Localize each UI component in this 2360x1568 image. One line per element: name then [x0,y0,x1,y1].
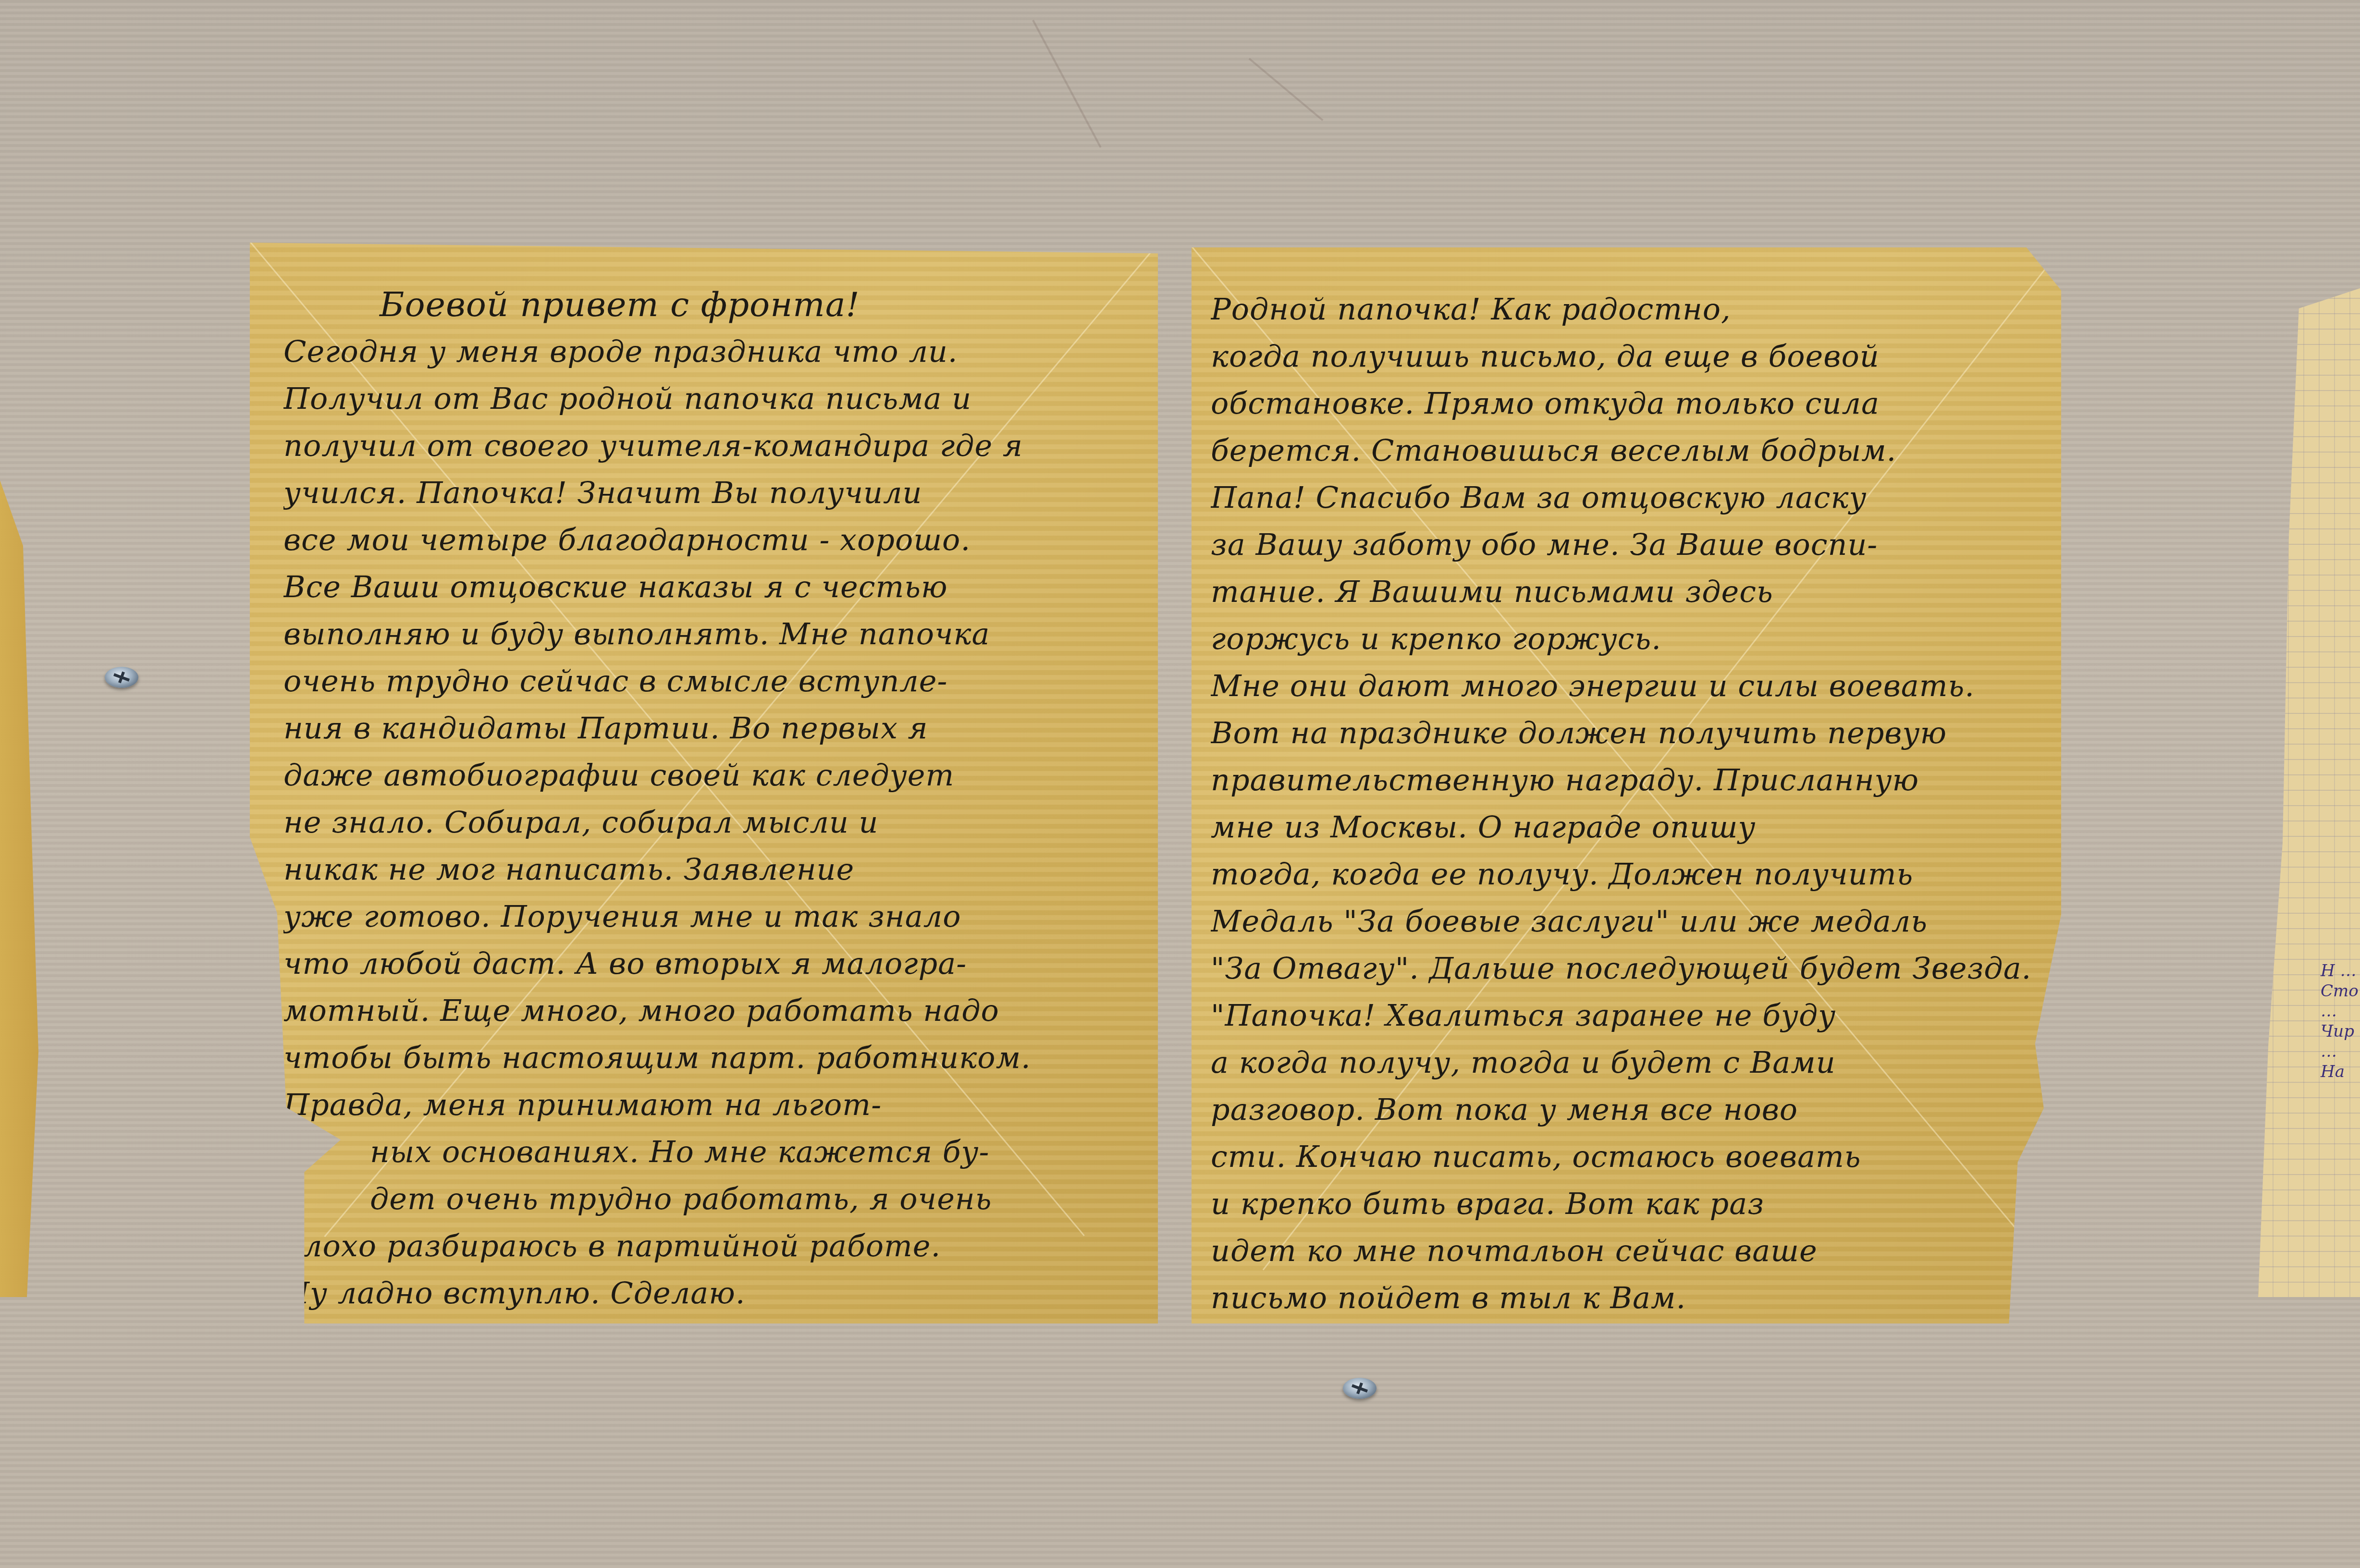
left-page-text: Боевой привет с фронта! Сегодня у меня в… [283,281,1139,1317]
greeting-line: Боевой привет с фронта! [283,281,1139,328]
text-line: никак не мог написать. Заявление [283,846,1139,893]
screw-left [105,667,138,688]
text-line: уже готово. Поручения мне и так знало [283,893,1139,940]
text-line: горжусь и крепко горжусь. [1211,615,2042,662]
board-scratch [1249,58,1324,121]
closing-line: До свидание. Целую крепко [1211,1322,2042,1369]
text-line: что любой даст. А во вторых я малогра- [283,940,1139,987]
letter-right-page: Родной папочка! Как радостно, когда полу… [1192,247,2061,1323]
text-line: даже автобиографии своей как следует [283,752,1139,799]
text-line: Получил от Вас родной папочка письма и [283,375,1139,422]
text-line: чтобы быть настоящим парт. работником. [283,1034,1139,1081]
text-line: за Вашу заботу обо мне. За Ваше воспи- [1211,521,2042,568]
board-scratch [1032,20,1101,148]
text-line: "Папочка! Хвалиться заранее не буду [1211,992,2042,1039]
text-line: Сегодня у меня вроде праздника что ли. [283,328,1139,375]
right-note-fragment: Н … Сто … Чир … На [2258,288,2360,1297]
text-line: все мои четыре благодарности - хорошо. [283,516,1139,563]
text-line: Ну ладно вступлю. Сделаю. [283,1270,1139,1317]
text-line: тание. Я Вашими письмами здесь [1211,568,2042,615]
screw-bottom [1343,1378,1377,1399]
note-fragment-text: Н … Сто … Чир … На [2321,961,2359,1082]
text-line: берется. Становишься веселым бодрым. [1211,427,2042,474]
text-line: сти. Кончаю писать, остаюсь воевать [1211,1133,2042,1180]
text-line: мотный. Еще много, много работать надо [283,987,1139,1034]
text-line: плохо разбираюсь в партийной работе. [283,1223,1139,1270]
text-line: письмо пойдет в тыл к Вам. [1211,1274,2042,1322]
text-line: когда получишь письмо, да еще в боевой [1211,333,2042,380]
text-line: не знало. Собирал, собирал мысли и [283,799,1139,846]
text-line: учился. Папочка! Значит Вы получили [283,469,1139,516]
text-line: дет очень трудно работать, я очень [283,1176,1139,1223]
text-line: Папа! Спасибо Вам за отцовскую ласку [1211,474,2042,521]
right-page-text: Родной папочка! Как радостно, когда полу… [1211,286,2042,1416]
text-line: очень трудно сейчас в смысле вступле- [283,658,1139,705]
text-line: правительственную награду. Присланную [1211,757,2042,804]
signature-line: Ваш преданный сын. Виктор. [1211,1369,2042,1416]
text-line: разговор. Вот пока у меня все ново [1211,1086,2042,1133]
text-line: Мне они дают много энергии и силы воеват… [1211,662,2042,710]
text-line: обстановке. Прямо откуда только сила [1211,380,2042,427]
text-line: Все Ваши отцовские наказы я с честью [283,563,1139,611]
text-line: ния в кандидаты Партии. Во первых я [283,705,1139,752]
text-line: идет ко мне почтальон сейчас ваше [1211,1227,2042,1274]
text-line: мне из Москвы. О награде опишу [1211,804,2042,851]
text-line: Правда, меня принимают на льгот- [283,1081,1139,1128]
text-line: Вот на празднике должен получить первую [1211,710,2042,757]
text-line: тогда, когда ее получу. Должен получить [1211,851,2042,898]
text-line: Медаль "За боевые заслуги" или же медаль [1211,898,2042,945]
left-letter-fragment [0,480,38,1297]
text-line: а когда получу, тогда и будет с Вами [1211,1039,2042,1086]
text-line: ных основаниях. Но мне кажется бу- [283,1128,1139,1176]
letter-left-page: Боевой привет с фронта! Сегодня у меня в… [250,243,1158,1323]
text-line: "За Отвагу". Дальше последующей будет Зв… [1211,945,2042,992]
text-line: и крепко бить врага. Вот как раз [1211,1180,2042,1227]
text-line: выполняю и буду выполнять. Мне папочка [283,611,1139,658]
text-line: получил от своего учителя-командира где … [283,422,1139,469]
text-line: Родной папочка! Как радостно, [1211,286,2042,333]
